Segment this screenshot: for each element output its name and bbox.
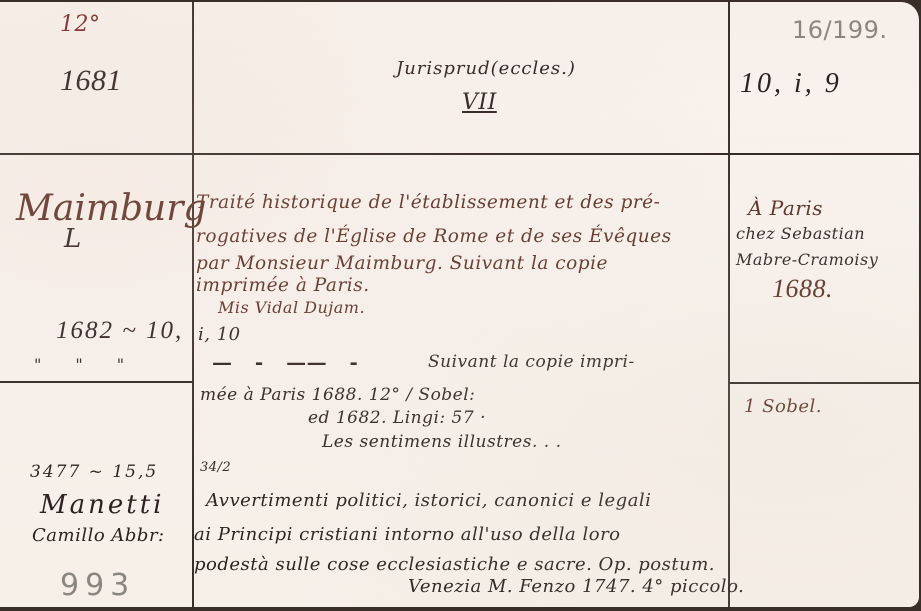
inventory-number: 16/199. [792,16,888,44]
year-label: 1681 [60,64,122,98]
fraction-mark: 34/2 [200,460,231,475]
provenance-note: Mis Vidal Dujam. [218,298,365,317]
imprint-printer-1: chez Sebastian [736,224,865,243]
shelfmark: 10, i, 9 [740,68,842,100]
title-line-2: rogatives de l'Église de Rome et de ses … [196,226,672,247]
title-line-4: imprimée à Paris. [196,275,370,296]
entry3-imprint: Venezia M. Fenzo 1747. 4° piccolo. [408,576,744,597]
row-rule-right-lower [729,382,919,384]
entry3-title-line-2: ai Principi cristiani intorno all'uso de… [194,524,621,545]
imprint-place: À Paris [748,196,823,220]
entry2-line-1: Suivant la copie impri- [428,352,635,372]
author-mark: L [64,224,82,254]
author-first-name-2: Camillo Abbr: [32,525,165,546]
column-rule-right [728,2,730,607]
row-rule-left-lower [0,381,193,383]
subject-heading: Jurisprud(eccles.) [396,58,576,79]
row-rule-top [0,153,919,155]
title-line-3: par Monsieur Maimburg. Suivant la copie [196,253,608,274]
title-line-1: Traité historique de l'établissement et … [196,192,660,213]
call-number: 1682 ~ 10, [56,317,183,345]
author-name-2: Manetti [40,490,164,520]
class-numeral: VII [462,90,497,115]
imprint-year: 1688. [772,274,833,304]
author-name: Maimburg [16,188,206,229]
call-number-2: i, 10 [198,324,241,345]
ditto-dashes: — - —— - [212,350,358,374]
entry2-line-3: ed 1682. Lingi: 57 · [308,408,486,428]
entry3-title-line-1: Avvertimenti politici, istorici, canonic… [206,490,651,511]
entry2-line-4: Les sentimens illustres. . . [322,432,561,452]
entry2-line-2: mée à Paris 1688. 12° / Sobel: [200,385,475,405]
format-label: 12° [60,12,101,37]
imprint-printer-2: Mabre-Cramoisy [736,250,878,269]
ditto-marks: " " " [34,355,125,374]
entry3-title-line-3: podestà sulle cose ecclesiastiche e sacr… [194,554,715,575]
pencil-number: 993 [60,568,135,603]
catalog-card: 12° 1681 Jurisprud(eccles.) VII 16/199. … [0,2,919,607]
entry2-right-note: 1 Sobel. [744,396,822,417]
column-rule-left [192,2,194,607]
call-number-3: 3477 ~ 15,5 [30,462,158,482]
